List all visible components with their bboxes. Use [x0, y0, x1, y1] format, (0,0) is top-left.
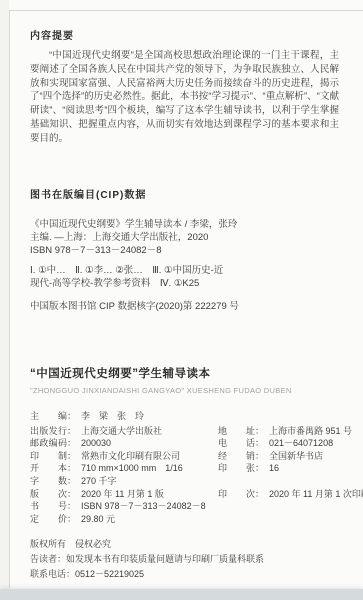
- colophon-value: 270 千字: [81, 475, 117, 488]
- colophon-cell: 出版发行： 上海交通大学出版社: [30, 425, 218, 438]
- colophon-row: 印制： 常熟市文化印刷有限公司 经销： 全国新华书店: [30, 450, 353, 463]
- colophon-row: 字数： 270 千字: [30, 475, 353, 488]
- cip-classification-line: 现代-高等学校-教学参考资料 Ⅳ. ①K25: [30, 277, 339, 290]
- book-title-pinyin: "ZHONGGUO JINXIANDAISHI GANGYAO" XUESHEN…: [30, 386, 339, 395]
- colophon-colon: ：: [255, 450, 264, 463]
- colophon-cell: 字数： 270 千字: [30, 475, 218, 488]
- colophon-colon: ：: [67, 513, 76, 526]
- colophon-value: 上海交通大学出版社: [81, 425, 162, 438]
- colophon-cell: 定价： 29.80 元: [30, 513, 218, 526]
- colophon-cell: 书号： ISBN 978－7－313－24082－8: [30, 500, 218, 513]
- cip-record-line: 《中国近现代史纲要》学生辅导读本 / 李梁，张玲: [30, 218, 339, 231]
- colophon-value: 全国新华书店: [269, 450, 323, 463]
- colophon-value: 2020 年 11 月第 1 版: [81, 488, 164, 501]
- scan-bottom-edge: [0, 589, 363, 600]
- cip-record: 《中国近现代史纲要》学生辅导读本 / 李梁，张玲 主编. —上海：上海交通大学出…: [30, 218, 339, 258]
- colophon-row: 定价： 29.80 元: [30, 513, 353, 526]
- colophon-value: 29.80 元: [81, 513, 115, 526]
- cip-classification-line: Ⅰ. ①中… Ⅱ. ①李… ②张… Ⅲ. ①中国历史-近: [30, 264, 339, 277]
- colophon-colon: ：: [67, 425, 76, 438]
- colophon-value: 710 mm×1000 mm 1/16: [81, 462, 183, 475]
- contact-phone: 联系电话：0512－52219025: [30, 567, 339, 582]
- title-block: “中国近现代史纲要”学生辅导读本 "ZHONGGUO JINXIANDAISHI…: [30, 365, 339, 395]
- colophon-value: 常熟市文化印刷有限公司: [81, 450, 180, 463]
- colophon-label: 版次: [30, 488, 67, 501]
- colophon-value: 上海市番禺路 951 号: [269, 425, 352, 438]
- colophon-row: 出版发行： 上海交通大学出版社 地址： 上海市番禺路 951 号: [30, 425, 353, 438]
- colophon-colon: ：: [67, 450, 76, 463]
- colophon-colon: ：: [255, 488, 264, 501]
- cip-record-line: ISBN 978－7－313－24082－8: [30, 244, 339, 257]
- colophon-row: 书号： ISBN 978－7－313－24082－8: [30, 500, 353, 513]
- cip-classification: Ⅰ. ①中… Ⅱ. ①李… ②张… Ⅲ. ①中国历史-近 现代-高等学校-教学参…: [30, 264, 339, 290]
- colophon-label: 出版发行: [30, 425, 67, 438]
- page-edge-left: [9, 10, 10, 588]
- colophon-cell: 印制： 常熟市文化印刷有限公司: [30, 450, 218, 463]
- colophon-label: 地址: [218, 425, 255, 438]
- colophon-label: 经销: [218, 450, 255, 463]
- colophon-section: 主编： 李 梁 张 玲 出版发行： 上海交通大学出版社 地址： 上海市番禺路 9…: [30, 410, 353, 525]
- summary-paragraph: “中国近现代史纲要”是全国高校思想政治理论课的一门主干课程，主要阐述了全国各族人…: [30, 49, 339, 146]
- colophon-value: 16: [269, 462, 279, 475]
- colophon-label: 书号: [30, 500, 67, 513]
- reader-notice: 告读者：如发现本书有印装质量问题请与印刷厂质量科联系: [30, 552, 339, 567]
- colophon-cell: 开本： 710 mm×1000 mm 1/16: [30, 462, 218, 475]
- colophon-value: 2020 年 11 月第 1 次印刷: [269, 488, 363, 501]
- colophon-colon: ：: [255, 425, 264, 438]
- colophon-cell: 印次： 2020 年 11 月第 1 次印刷: [218, 488, 363, 501]
- colophon-cell: 印张： 16: [218, 462, 353, 475]
- colophon-cell: 经销： 全国新华书店: [218, 450, 353, 463]
- summary-heading: 内容提要: [30, 27, 339, 42]
- colophon-value: ISBN 978－7－313－24082－8: [81, 500, 206, 513]
- colophon-label: 电话: [218, 437, 255, 450]
- colophon-label: 字数: [30, 475, 67, 488]
- colophon-value: 021－64071208: [269, 437, 333, 450]
- colophon-cell: 主编： 李 梁 张 玲: [30, 410, 218, 423]
- content-summary-section: 内容提要 “中国近现代史纲要”是全国高校思想政治理论课的一门主干课程，主要阐述了…: [30, 27, 339, 146]
- colophon-colon: ：: [67, 500, 76, 513]
- colophon-cell: 版次： 2020 年 11 月第 1 版: [30, 488, 218, 501]
- colophon-colon: ：: [67, 410, 76, 423]
- colophon-row: 版次： 2020 年 11 月第 1 版 印次： 2020 年 11 月第 1 …: [30, 488, 353, 501]
- colophon-label: 邮政编码: [30, 437, 67, 450]
- colophon-value: 200030: [81, 437, 111, 450]
- colophon-cell: 电话： 021－64071208: [218, 437, 353, 450]
- colophon-cell: 地址： 上海市番禺路 951 号: [218, 425, 353, 438]
- colophon-colon: ：: [255, 462, 264, 475]
- rights-statement: 版权所有 侵权必究: [30, 537, 339, 552]
- colophon-label: 定价: [30, 513, 67, 526]
- colophon-colon: ：: [67, 488, 76, 501]
- colophon-label: 印次: [218, 488, 255, 501]
- copyright-footer: 版权所有 侵权必究 告读者：如发现本书有印装质量问题请与印刷厂质量科联系 联系电…: [30, 537, 339, 582]
- book-title-cn: “中国近现代史纲要”学生辅导读本: [30, 365, 339, 381]
- colophon-label: 开本: [30, 462, 67, 475]
- colophon-colon: ：: [67, 475, 76, 488]
- colophon-colon: ：: [67, 462, 76, 475]
- colophon-row: 主编： 李 梁 张 玲: [30, 410, 353, 423]
- cip-record-line: 主编. —上海：上海交通大学出版社，2020: [30, 231, 339, 244]
- colophon-colon: ：: [255, 437, 264, 450]
- page-edge-top: [9, 10, 363, 11]
- colophon-label: 主编: [30, 410, 67, 423]
- colophon-label: 印张: [218, 462, 255, 475]
- colophon-label: 印制: [30, 450, 67, 463]
- colophon-row: 开本： 710 mm×1000 mm 1/16 印张： 16: [30, 462, 353, 475]
- cip-registry-line: 中国版本图书馆 CIP 数据核字(2020)第 222279 号: [30, 300, 339, 313]
- colophon-cell: 邮政编码： 200030: [30, 437, 218, 450]
- scan-left-margin: [0, 0, 9, 600]
- colophon-row: 邮政编码： 200030 电话： 021－64071208: [30, 437, 353, 450]
- colophon-value: 李 梁 张 玲: [81, 410, 144, 423]
- colophon-colon: ：: [67, 437, 76, 450]
- cip-heading: 图书在版编目(CIP)数据: [30, 186, 339, 201]
- cip-section: 图书在版编目(CIP)数据 《中国近现代史纲要》学生辅导读本 / 李梁，张玲 主…: [30, 186, 339, 313]
